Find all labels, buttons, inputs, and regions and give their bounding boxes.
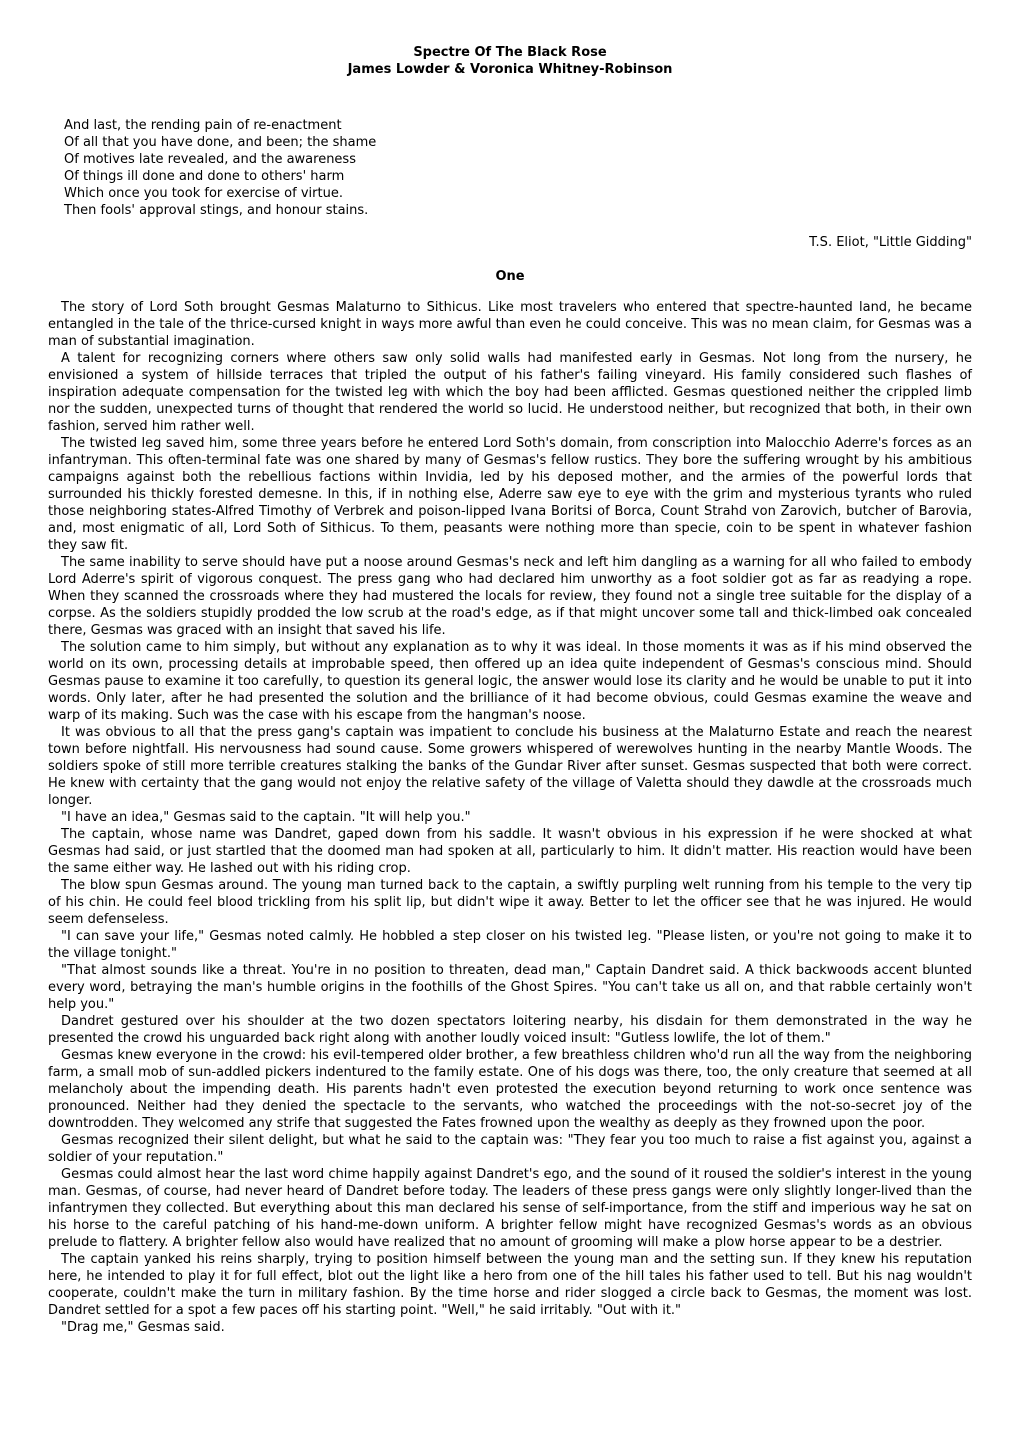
poem-line: Of all that you have done, and been; the… — [64, 134, 972, 151]
book-title: Spectre Of The Black Rose — [48, 44, 972, 61]
book-authors: James Lowder & Voronica Whitney-Robinson — [48, 61, 972, 78]
paragraph: Gesmas knew everyone in the crowd: his e… — [48, 1047, 972, 1132]
chapter-text: The story of Lord Soth brought Gesmas Ma… — [48, 299, 972, 1336]
paragraph: "That almost sounds like a threat. You'r… — [48, 962, 972, 1013]
poem-line: Of motives late revealed, and the awaren… — [64, 151, 972, 168]
book-page: Spectre Of The Black Rose James Lowder &… — [0, 0, 1020, 1443]
paragraph: The twisted leg saved him, some three ye… — [48, 435, 972, 554]
paragraph: The same inability to serve should have … — [48, 554, 972, 639]
paragraph: The solution came to him simply, but wit… — [48, 639, 972, 724]
paragraph: "I can save your life," Gesmas noted cal… — [48, 928, 972, 962]
poem-line: Which once you took for exercise of virt… — [64, 185, 972, 202]
paragraph: The captain yanked his reins sharply, tr… — [48, 1251, 972, 1319]
epigraph-poem: And last, the rending pain of re-enactme… — [64, 117, 972, 219]
poem-line: Of things ill done and done to others' h… — [64, 168, 972, 185]
paragraph: It was obvious to all that the press gan… — [48, 724, 972, 809]
epigraph: And last, the rending pain of re-enactme… — [48, 117, 972, 251]
paragraph: Dandret gestured over his shoulder at th… — [48, 1013, 972, 1047]
paragraph: The captain, whose name was Dandret, gap… — [48, 826, 972, 877]
paragraph: A talent for recognizing corners where o… — [48, 350, 972, 435]
paragraph: Gesmas recognized their silent delight, … — [48, 1132, 972, 1166]
paragraph: Gesmas could almost hear the last word c… — [48, 1166, 972, 1251]
paragraph: "I have an idea," Gesmas said to the cap… — [48, 809, 972, 826]
epigraph-attribution: T.S. Eliot, "Little Gidding" — [48, 234, 972, 251]
chapter-heading: One — [48, 268, 972, 285]
poem-line: Then fools' approval stings, and honour … — [64, 202, 972, 219]
paragraph: The blow spun Gesmas around. The young m… — [48, 877, 972, 928]
poem-line: And last, the rending pain of re-enactme… — [64, 117, 972, 134]
book-header: Spectre Of The Black Rose James Lowder &… — [48, 44, 972, 78]
paragraph: The story of Lord Soth brought Gesmas Ma… — [48, 299, 972, 350]
paragraph: "Drag me," Gesmas said. — [48, 1319, 972, 1336]
